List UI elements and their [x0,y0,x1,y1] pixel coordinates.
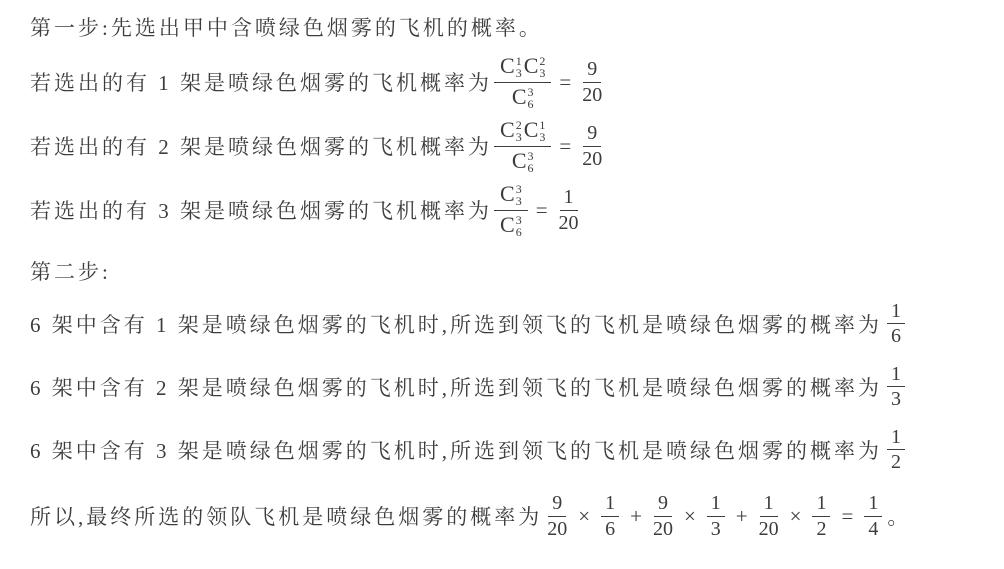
step2-case-3: 6 架中含有 3 架是喷绿色烟雾的飞机时,所选到领飞的飞机是喷绿色烟雾的概率为 … [30,418,996,481]
result-fraction: 1 20 [559,186,579,234]
fraction-denominator: 6 [605,517,615,540]
combination-subscript: 6 [528,162,534,174]
combination-scripts: 1 3 [515,54,522,80]
combination-scripts: 3 6 [515,213,522,239]
result-fraction: 1 3 [887,363,905,411]
multiply-sign: × [790,504,802,529]
step1-case-1: 若选出的有 1 架是喷绿色烟雾的飞机概率为 C 1 3 C 2 3 [30,50,996,114]
fraction-denominator: 3 [891,387,901,410]
combination-letter: C [500,182,515,208]
combination-letter: C [500,118,515,144]
fraction: 1 6 [601,492,619,540]
combination-symbol: C 3 6 [500,213,522,239]
fraction-numerator: C 3 3 [494,180,528,211]
fraction-numerator: 1 [760,492,778,516]
combination-superscript: 3 [516,214,522,226]
plus-sign: + [630,504,642,529]
combination-superscript: 3 [516,183,522,195]
step1-case-3: 若选出的有 3 架是喷绿色烟雾的飞机概率为 C 3 3 C 3 6 [30,178,996,242]
combination-scripts: 2 3 [515,118,522,144]
combination-fraction: C 3 3 C 3 6 [494,180,528,241]
equals-sign: = [559,134,571,159]
step2-case-2: 6 架中含有 2 架是喷绿色烟雾的飞机时,所选到领飞的飞机是喷绿色烟雾的概率为 … [30,355,996,418]
combination-letter: C [500,54,515,80]
fraction-denominator: 6 [891,324,901,347]
math-solution-document: 第一步:先选出甲中含喷绿色烟雾的飞机的概率。 若选出的有 1 架是喷绿色烟雾的飞… [0,0,1004,551]
period-mark: 。 [887,501,911,531]
result-fraction: 9 20 [582,122,602,170]
fraction-denominator: C 3 6 [506,83,540,113]
equals-sign: = [536,198,548,223]
multiply-sign: × [684,504,696,529]
combination-symbol: C 2 3 [500,118,522,144]
fraction: 9 20 [547,492,567,540]
conclusion-text: 所以,最终所选的领队飞机是喷绿色烟雾的概率为 [30,501,542,531]
fraction: 1 20 [759,492,779,540]
combination-subscript: 3 [516,131,522,143]
fraction-denominator: 3 [711,517,721,540]
combination-letter: C [524,118,539,144]
combination-symbol: C 3 6 [512,149,534,175]
combination-scripts: 3 6 [527,149,534,175]
fraction-numerator: 9 [548,492,566,516]
combination-subscript: 3 [516,195,522,207]
multiply-sign: × [578,504,590,529]
fraction-denominator: 2 [816,517,826,540]
combination-scripts: 3 3 [515,182,522,208]
combination-symbol: C 3 3 [500,182,522,208]
step2-heading: 第二步: [30,256,996,286]
combination-letter: C [524,54,539,80]
case-text: 若选出的有 1 架是喷绿色烟雾的飞机概率为 [30,67,492,97]
conclusion-line: 所以,最终所选的领队飞机是喷绿色烟雾的概率为 9 20 × 1 6 + 9 20… [30,481,996,551]
combination-symbol: C 1 3 [500,54,522,80]
fraction-numerator: 1 [887,363,905,387]
fraction-numerator: 1 [864,492,882,516]
fraction-numerator: 1 [887,426,905,450]
fraction-denominator: 2 [891,450,901,473]
combination-symbol: C 1 3 [524,118,546,144]
fraction: 9 20 [653,492,673,540]
fraction-denominator: C 3 6 [494,211,528,241]
case-text: 6 架中含有 2 架是喷绿色烟雾的飞机时,所选到领飞的飞机是喷绿色烟雾的概率为 [30,372,882,402]
combination-superscript: 2 [516,119,522,131]
fraction-numerator: 9 [654,492,672,516]
fraction-denominator: 20 [759,517,779,540]
combination-subscript: 3 [539,131,545,143]
combination-subscript: 6 [516,226,522,238]
fraction-numerator: 1 [707,492,725,516]
fraction-numerator: 9 [583,122,601,146]
fraction-denominator: 20 [653,517,673,540]
combination-scripts: 3 6 [527,85,534,111]
fraction: 1 4 [864,492,882,540]
combination-letter: C [500,213,515,239]
fraction-denominator: 20 [582,83,602,106]
fraction-numerator: 9 [583,58,601,82]
fraction-numerator: 1 [812,492,830,516]
combination-scripts: 1 3 [538,118,545,144]
case-text: 6 架中含有 1 架是喷绿色烟雾的飞机时,所选到领飞的飞机是喷绿色烟雾的概率为 [30,309,882,339]
combination-fraction: C 2 3 C 1 3 C 3 [494,116,551,177]
fraction-numerator: 1 [560,186,578,210]
case-text: 若选出的有 2 架是喷绿色烟雾的飞机概率为 [30,131,492,161]
equals-sign: = [841,504,853,529]
fraction-numerator: 1 [601,492,619,516]
plus-sign: + [736,504,748,529]
fraction: 1 2 [812,492,830,540]
fraction-denominator: 20 [582,147,602,170]
fraction: 1 3 [707,492,725,540]
combination-fraction: C 1 3 C 2 3 C 3 [494,52,551,113]
case-text: 若选出的有 3 架是喷绿色烟雾的飞机概率为 [30,195,492,225]
fraction-denominator: C 3 6 [506,147,540,177]
fraction-numerator: C 1 3 C 2 3 [494,52,551,83]
combination-scripts: 2 3 [538,54,545,80]
fraction-numerator: 1 [887,300,905,324]
combination-subscript: 6 [528,98,534,110]
step2-case-1: 6 架中含有 1 架是喷绿色烟雾的飞机时,所选到领飞的飞机是喷绿色烟雾的概率为 … [30,292,996,355]
result-fraction: 9 20 [582,58,602,106]
combination-subscript: 3 [539,67,545,79]
combination-superscript: 1 [539,119,545,131]
combination-superscript: 1 [516,55,522,67]
combination-symbol: C 2 3 [524,54,546,80]
case-text: 6 架中含有 3 架是喷绿色烟雾的飞机时,所选到领飞的飞机是喷绿色烟雾的概率为 [30,435,882,465]
combination-symbol: C 3 6 [512,85,534,111]
combination-subscript: 3 [516,67,522,79]
result-fraction: 1 6 [887,300,905,348]
fraction-denominator: 20 [559,211,579,234]
equals-sign: = [559,70,571,95]
combination-letter: C [512,149,527,175]
step1-case-2: 若选出的有 2 架是喷绿色烟雾的飞机概率为 C 2 3 C 1 3 [30,114,996,178]
combination-superscript: 3 [528,86,534,98]
result-fraction: 1 2 [887,426,905,474]
combination-superscript: 3 [528,150,534,162]
combination-letter: C [512,85,527,111]
step1-heading: 第一步:先选出甲中含喷绿色烟雾的飞机的概率。 [30,12,996,42]
combination-superscript: 2 [539,55,545,67]
fraction-denominator: 20 [547,517,567,540]
fraction-denominator: 4 [868,517,878,540]
fraction-numerator: C 2 3 C 1 3 [494,116,551,147]
